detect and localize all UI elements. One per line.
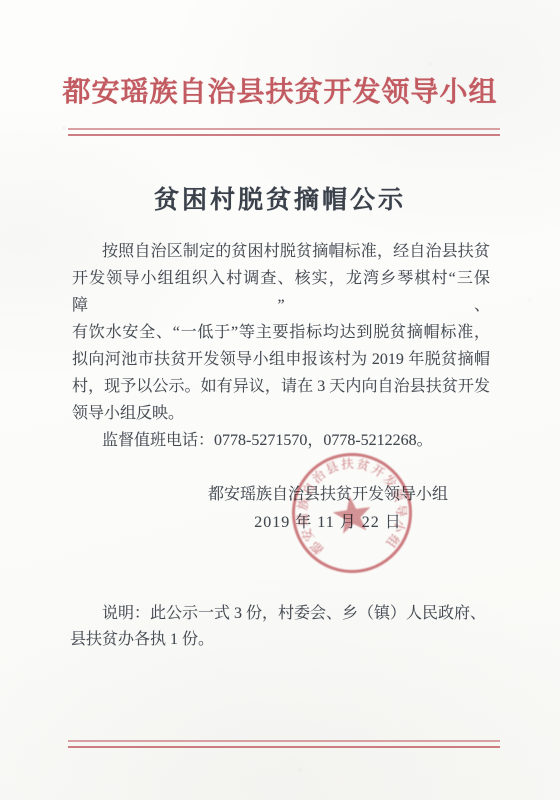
issuing-org-header: 都安瑶族自治县扶贫开发领导小组 — [0, 70, 560, 110]
body-line: 村，现予以公示。如有异议，请在 3 天内向自治县扶贫开发 — [72, 373, 490, 400]
scanned-document-page: 都安瑶族自治县扶贫开发领导小组 贫困村脱贫摘帽公示 按照自治区制定的贫困村脱贫摘… — [0, 0, 560, 800]
document-title: 贫困村脱贫摘帽公示 — [0, 180, 560, 216]
body-line: 领导小组反映。 — [72, 400, 490, 427]
body-paragraph: 按照自治区制定的贫困村脱贫摘帽标准，经自治县扶贫 开发领导小组组织入村调查、核实… — [72, 238, 490, 454]
star-icon — [331, 494, 374, 535]
footer-divider-line — [68, 740, 500, 748]
body-line: 拟向河池市扶贫开发领导小组申报该村为 2019 年脱贫摘帽 — [72, 346, 490, 373]
note-line: 县扶贫办各执 1 份。 — [70, 627, 506, 653]
header-divider-line — [68, 128, 500, 136]
supervision-phone-line: 监督值班电话：0778-5271570，0778-5212268。 — [72, 427, 490, 454]
note-line: 说明：此公示一式 3 份，村委会、乡（镇）人民政府、 — [70, 601, 506, 627]
body-line: 开发领导小组组织入村调查、核实，龙湾乡琴棋村“三保障”、 — [72, 265, 490, 319]
official-red-seal: 都安瑶族自治县扶贫开发领导小组 — [281, 442, 423, 584]
body-line: 有饮水安全、“一低于”等主要指标均达到脱贫摘帽标准， — [72, 319, 490, 346]
body-line: 按照自治区制定的贫困村脱贫摘帽标准，经自治县扶贫 — [72, 238, 490, 265]
distribution-note: 说明：此公示一式 3 份，村委会、乡（镇）人民政府、 县扶贫办各执 1 份。 — [70, 601, 506, 653]
